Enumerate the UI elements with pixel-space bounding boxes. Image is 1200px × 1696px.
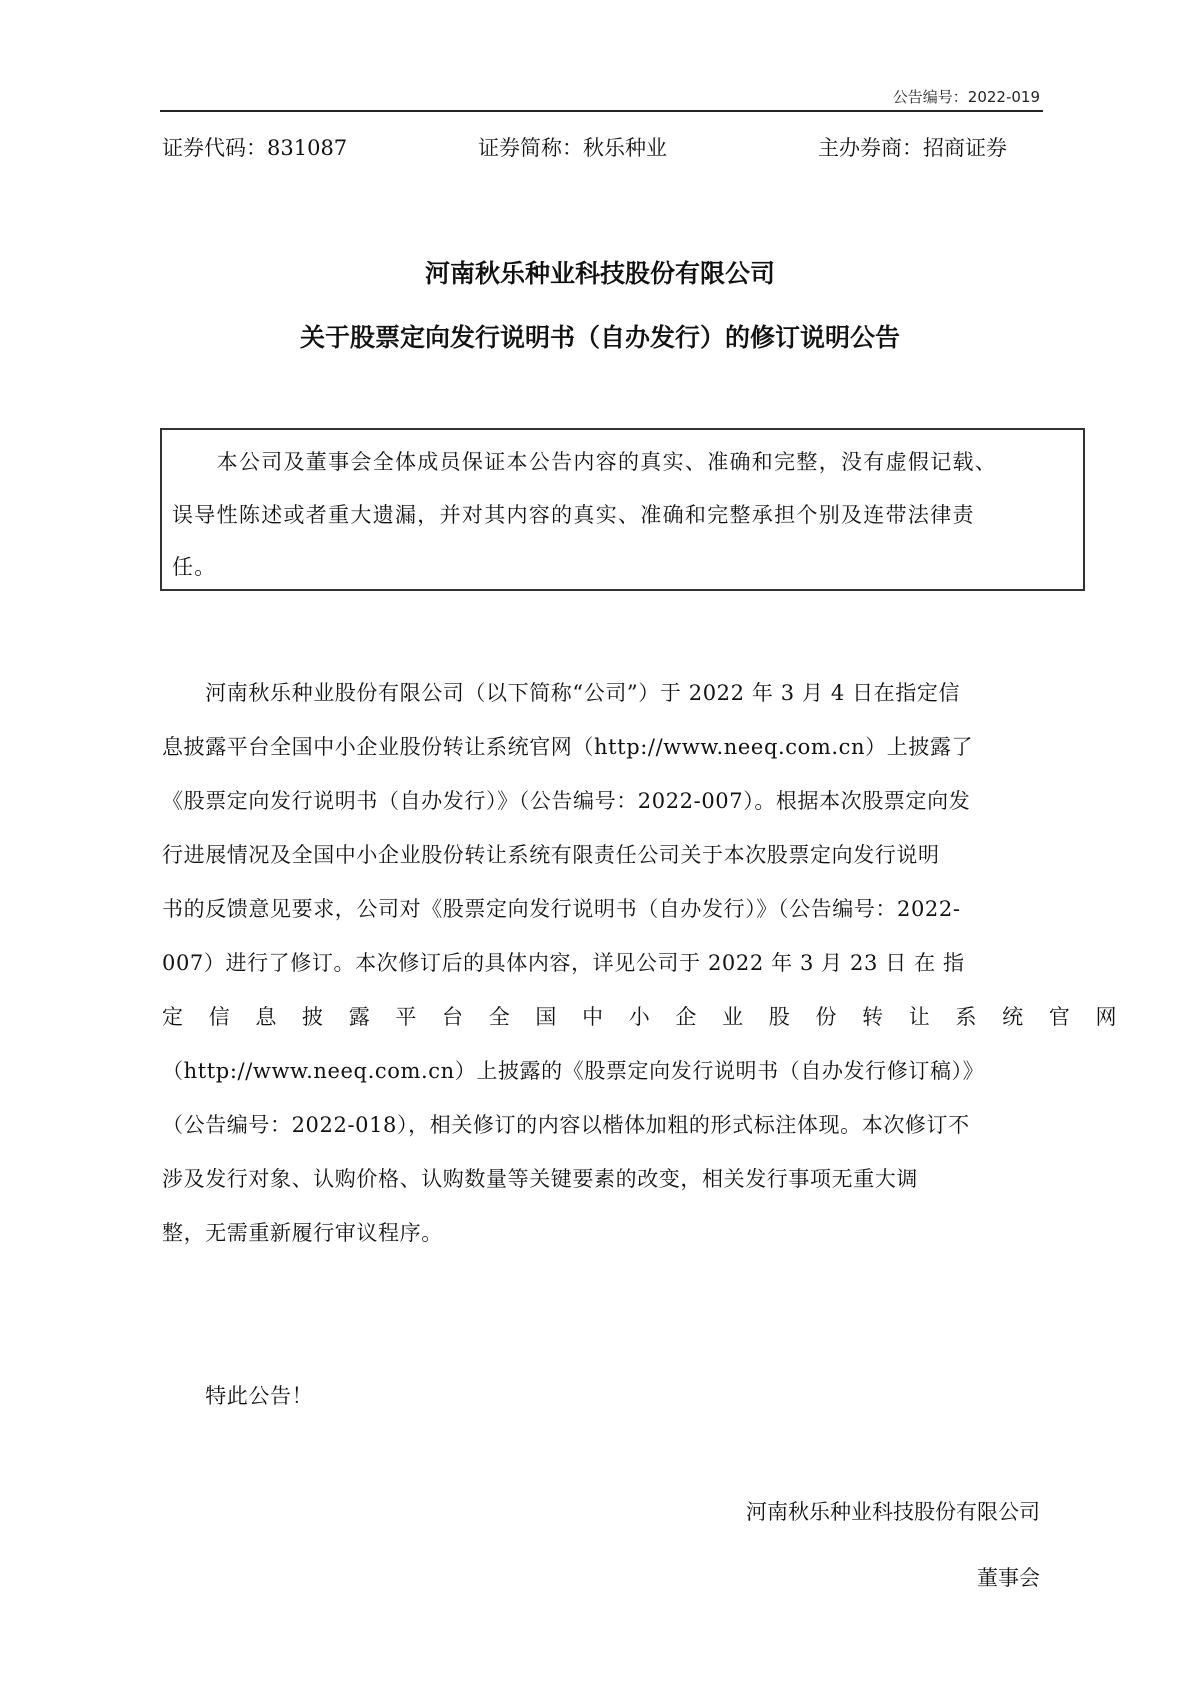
body-line: 007）进行了修订。本次修订后的具体内容，详见公司于 2022 年 3 月 23… bbox=[162, 947, 965, 977]
securities-short-name: 证券简称：秋乐种业 bbox=[478, 132, 667, 162]
announcement-number: 公告编号：2022-019 bbox=[893, 86, 1040, 107]
title-subject: 关于股票定向发行说明书（自办发行）的修订说明公告 bbox=[0, 318, 1200, 354]
body-line: 涉及发行对象、认购价格、认购数量等关键要素的改变，相关发行事项无重大调 bbox=[162, 1163, 918, 1193]
closing-statement: 特此公告！ bbox=[162, 1380, 313, 1410]
body-line: 河南秋乐种业股份有限公司（以下简称“公司”）于 2022 年 3 月 4 日在指… bbox=[162, 677, 960, 707]
header-divider bbox=[160, 110, 1043, 112]
body-line: 整，无需重新履行审议程序。 bbox=[162, 1217, 443, 1247]
securities-code: 证券代码：831087 bbox=[162, 132, 347, 162]
signature-board: 董事会 bbox=[977, 1562, 1040, 1592]
body-line: （http://www.neeq.com.cn）上披露的《股票定向发行说明书（自… bbox=[162, 1055, 984, 1085]
disclaimer-line: 误导性陈述或者重大遗漏，并对其内容的真实、准确和完整承担个别及连带法律责 bbox=[172, 499, 975, 529]
disclaimer-line: 任。 bbox=[172, 551, 217, 581]
body-line: （公告编号：2022-018），相关修订的内容以楷体加粗的形式标注体现。本次修订… bbox=[162, 1109, 970, 1139]
title-company: 河南秋乐种业科技股份有限公司 bbox=[0, 254, 1200, 290]
disclaimer-line: 本公司及董事会全体成员保证本公告内容的真实、准确和完整，没有虚假记载、 bbox=[172, 446, 997, 476]
body-line: 书的反馈意见要求，公司对《股票定向发行说明书（自办发行）》（公告编号：2022- bbox=[162, 893, 961, 923]
signature-company: 河南秋乐种业科技股份有限公司 bbox=[746, 1496, 1040, 1526]
sponsor-broker: 主办券商：招商证券 bbox=[818, 132, 1007, 162]
body-line: 息披露平台全国中小企业股份转让系统官网（http://www.neeq.com.… bbox=[162, 731, 973, 761]
body-line: 定 信 息 披 露 平 台 全 国 中 小 企 业 股 份 转 让 系 统 官 … bbox=[162, 1001, 1126, 1031]
body-line: 《股票定向发行说明书（自办发行）》（公告编号：2022-007）。根据本次股票定… bbox=[162, 785, 970, 815]
body-line: 行进展情况及全国中小企业股份转让系统有限责任公司关于本次股票定向发行说明 bbox=[162, 839, 940, 869]
